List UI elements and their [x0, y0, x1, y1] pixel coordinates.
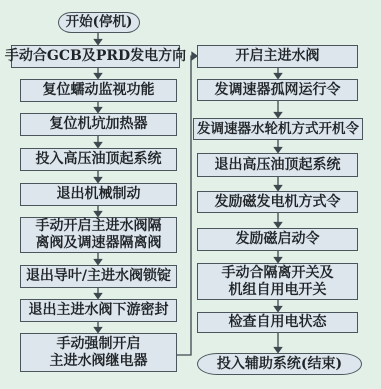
node-label: 退出机械制动: [57, 186, 141, 203]
flow-node-l3: 复位机坑加热器: [20, 113, 177, 136]
arrowhead: [95, 328, 102, 333]
node-label: 退出主进水阀下游密封: [29, 302, 169, 319]
arrowhead: [275, 186, 282, 191]
flow-node-l8: 退出主进水阀下游密封: [20, 299, 177, 322]
node-label: 投入辅助系统(结束): [217, 356, 342, 373]
arrowhead: [95, 294, 102, 299]
flow-node-r3: 退出高压油顶起系统: [197, 153, 358, 177]
node-label: 退出导叶/主进水阀锁锭: [26, 268, 171, 285]
arrowhead: [95, 108, 102, 113]
node-label: 机组自用电开关: [229, 282, 327, 299]
flow-node-r1: 发调速器孤网运行令: [197, 79, 358, 101]
flow-node-l6: 手动开启主进水阀隔 离阀及调速器隔离阀: [20, 217, 177, 253]
arrowhead: [95, 178, 102, 183]
node-label: 手动合隔离开关及: [222, 265, 334, 282]
arrowhead: [275, 74, 282, 79]
node-label: 开启主进水阀: [236, 48, 320, 65]
node-label: 开始(停机): [66, 14, 133, 31]
node-label: 离阀及调速器隔离阀: [36, 235, 162, 252]
flow-node-r5: 发励磁启动令: [197, 228, 358, 251]
flow-node-r4: 发励磁发电机方式令: [197, 191, 358, 213]
arrowhead: [275, 223, 282, 228]
arrowhead: [95, 40, 102, 45]
node-label: 手动合GCB及PRD发电方向: [5, 48, 186, 65]
node-label: 主进水阀继电器: [50, 353, 148, 370]
flow-node-l7: 退出导叶/主进水阀锁锭: [20, 265, 177, 288]
node-label: 发调速器水轮机方式开机令: [197, 121, 359, 138]
arrowhead: [275, 258, 282, 263]
flow-node-r0: 开启主进水阀: [197, 45, 358, 68]
flow-node-start: 开始(停机): [58, 12, 140, 33]
arrowhead: [275, 307, 282, 312]
node-label: 复位蠕动监视功能: [43, 82, 155, 99]
node-label: 退出高压油顶起系统: [215, 157, 341, 174]
node-label: 发励磁发电机方式令: [215, 194, 341, 211]
node-label: 投入高压油顶起系统: [36, 151, 162, 168]
flow-node-r2: 发调速器水轮机方式开机令: [193, 118, 363, 140]
arrowhead: [95, 74, 102, 79]
node-label: 手动开启主进水阀隔: [36, 218, 162, 235]
arrowhead: [95, 212, 102, 217]
flow-node-r7: 检查自用电状态: [197, 312, 358, 333]
node-label: 复位机坑加热器: [50, 116, 148, 133]
arrowhead: [275, 348, 282, 353]
node-label: 发调速器孤网运行令: [215, 82, 341, 99]
node-label: 检查自用电状态: [229, 314, 327, 331]
node-label: 发励磁启动令: [236, 231, 320, 248]
node-label: 手动强制开启: [57, 336, 141, 353]
flow-node-l1: 手动合GCB及PRD发电方向: [11, 45, 180, 68]
flow-node-l5: 退出机械制动: [20, 183, 177, 206]
flowchart-canvas: 开始(停机) 手动合GCB及PRD发电方向 复位蠕动监视功能 复位机坑加热器 投…: [0, 0, 381, 389]
flow-node-end: 投入辅助系统(结束): [197, 353, 362, 375]
flow-node-l4: 投入高压油顶起系统: [20, 148, 177, 171]
arrowhead: [275, 148, 282, 153]
connector-l9-r0: [177, 56, 192, 355]
arrowhead: [275, 113, 282, 118]
flow-node-l2: 复位蠕动监视功能: [20, 79, 177, 102]
arrowhead: [95, 143, 102, 148]
arrowhead: [95, 260, 102, 265]
flow-node-l9: 手动强制开启 主进水阀继电器: [20, 333, 177, 372]
flow-node-r6: 手动合隔离开关及 机组自用电开关: [197, 263, 358, 300]
